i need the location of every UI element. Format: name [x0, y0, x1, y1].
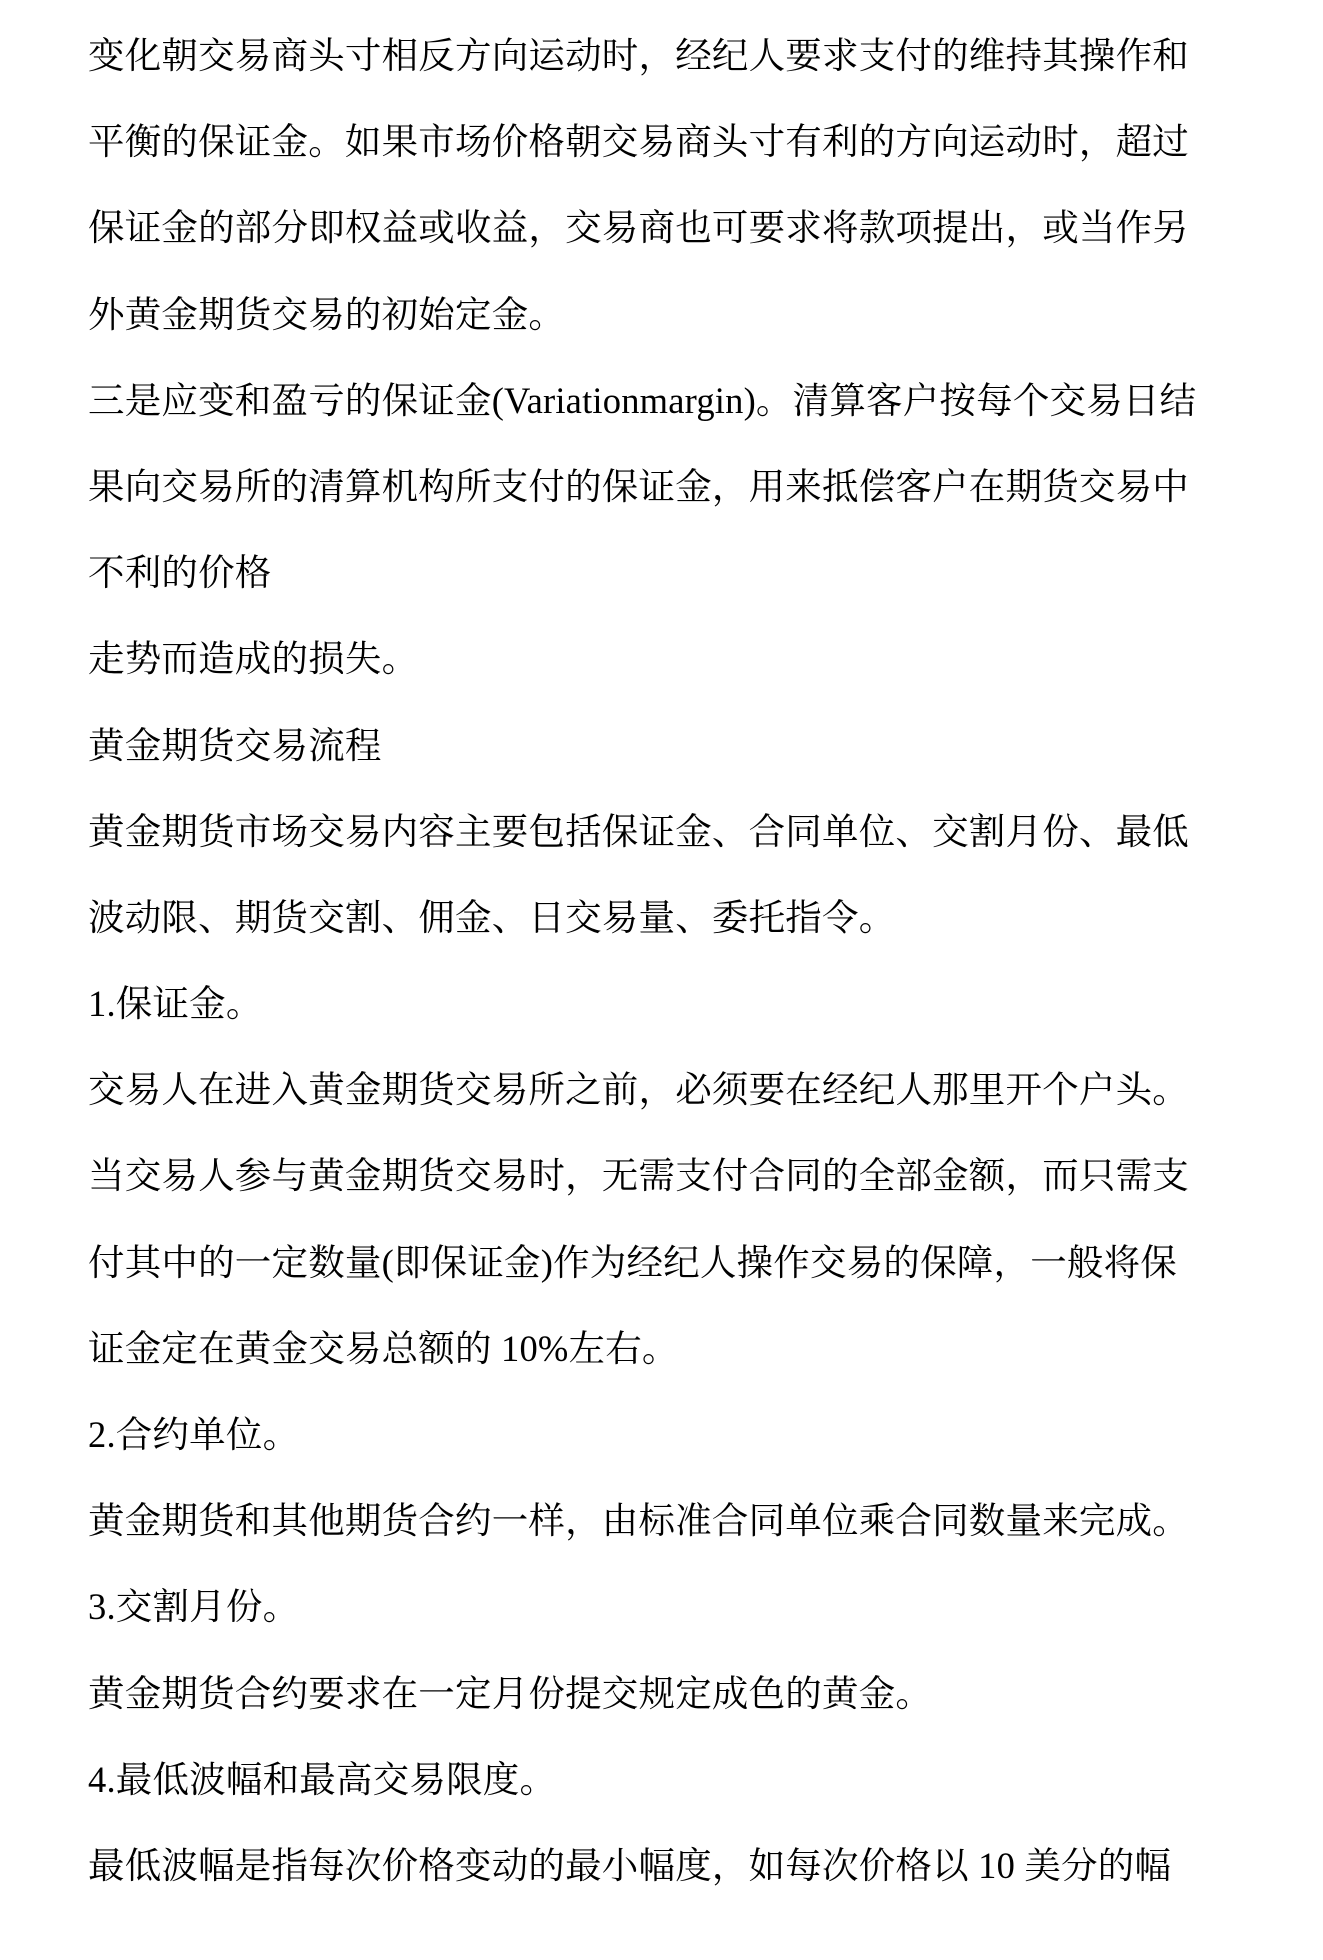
- text-line: 最低波幅是指每次价格变动的最小幅度，如每次价格以 10 美分的幅: [88, 1828, 1258, 1914]
- text-line: 保证金的部分即权益或收益，交易商也可要求将款项提出，或当作另: [88, 190, 1258, 276]
- text-line: 果向交易所的清算机构所支付的保证金，用来抵偿客户在期货交易中: [88, 449, 1258, 535]
- text-line: 平衡的保证金。如果市场价格朝交易商头寸有利的方向运动时，超过: [88, 104, 1258, 190]
- text-line: 走势而造成的损失。: [88, 621, 1258, 707]
- document-page: 变化朝交易商头寸相反方向运动时，经纪人要求支付的维持其操作和 平衡的保证金。如果…: [88, 18, 1258, 1914]
- text-line: 证金定在黄金交易总额的 10%左右。: [88, 1311, 1258, 1397]
- numbered-heading: 1.保证金。: [88, 966, 1258, 1052]
- numbered-heading: 3.交割月份。: [88, 1569, 1258, 1655]
- text-line: 当交易人参与黄金期货交易时，无需支付合同的全部金额，而只需支: [88, 1138, 1258, 1224]
- numbered-heading: 2.合约单位。: [88, 1397, 1258, 1483]
- section-heading: 黄金期货交易流程: [88, 708, 1258, 794]
- text-line: 黄金期货市场交易内容主要包括保证金、合同单位、交割月份、最低: [88, 794, 1258, 880]
- numbered-heading: 4.最低波幅和最高交易限度。: [88, 1742, 1258, 1828]
- text-line: 波动限、期货交割、佣金、日交易量、委托指令。: [88, 880, 1258, 966]
- text-line: 变化朝交易商头寸相反方向运动时，经纪人要求支付的维持其操作和: [88, 18, 1258, 104]
- text-line: 交易人在进入黄金期货交易所之前，必须要在经纪人那里开个户头。: [88, 1052, 1258, 1138]
- text-line: 黄金期货合约要求在一定月份提交规定成色的黄金。: [88, 1656, 1258, 1742]
- text-line: 三是应变和盈亏的保证金(Variationmargin)。清算客户按每个交易日结: [88, 363, 1258, 449]
- text-line: 付其中的一定数量(即保证金)作为经纪人操作交易的保障，一般将保: [88, 1225, 1258, 1311]
- text-line: 外黄金期货交易的初始定金。: [88, 277, 1258, 363]
- text-line: 黄金期货和其他期货合约一样，由标准合同单位乘合同数量来完成。: [88, 1483, 1258, 1569]
- text-line: 不利的价格: [88, 535, 1258, 621]
